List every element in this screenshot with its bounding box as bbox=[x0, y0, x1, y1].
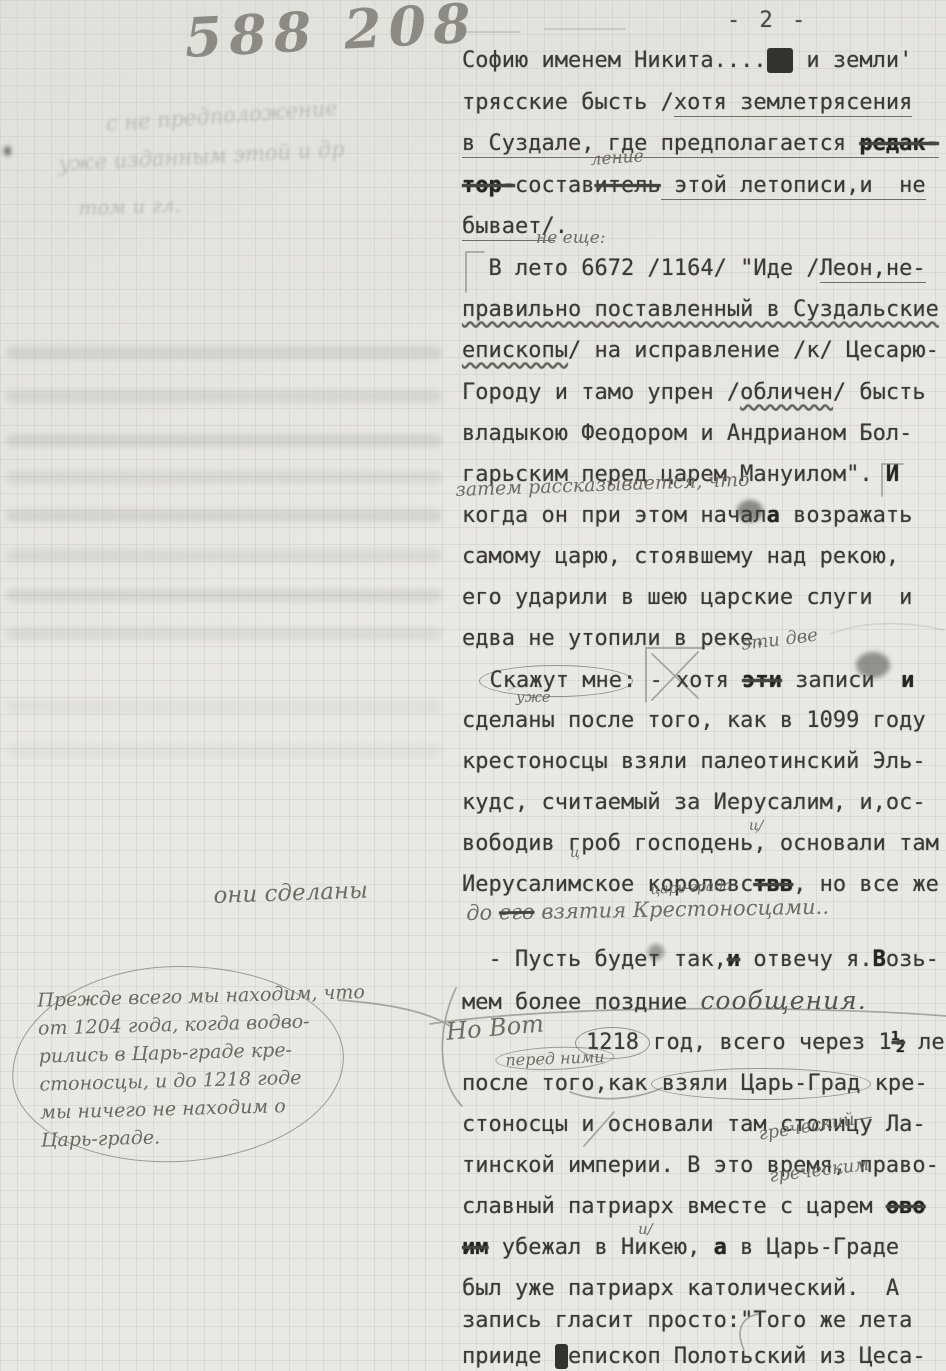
handwritten-note: до его взятия Крестоносцами.. bbox=[466, 895, 829, 925]
circled-margin-note: Прежде всего мы находим, чтоот 1204 года… bbox=[9, 962, 346, 1167]
handwritten-note: перед ними bbox=[495, 1045, 615, 1072]
handwritten-text: взятия bbox=[534, 898, 633, 924]
handwritten-note: не еще: bbox=[536, 228, 606, 248]
handwritten-note: греческий— bbox=[757, 1106, 874, 1145]
handwritten-note: Но Вот bbox=[445, 1009, 545, 1045]
handwritten-note: уже bbox=[516, 688, 551, 706]
handwritten-text: до bbox=[466, 900, 499, 925]
handwritten-text: Крестоносцами.. bbox=[633, 895, 830, 922]
handwritten-note: эти две bbox=[740, 625, 819, 655]
handwritten-note: ц/ bbox=[749, 818, 764, 834]
handwritten-note: с не предположение bbox=[105, 96, 338, 136]
handwritten-note: затем рассказывается, что bbox=[455, 469, 750, 501]
handwritten-note: том и гл. bbox=[78, 192, 181, 220]
handwritten-note: они сделаны bbox=[213, 878, 368, 909]
handwritten-note: царь-града bbox=[650, 878, 732, 898]
scanned-typescript-page: { "page": {"number_label": "- 2 -", "sta… bbox=[0, 0, 946, 1371]
handwritten-annotations-layer: 588 208с не предположениеуже изданным эт… bbox=[0, 0, 946, 1371]
handwritten-note: греческим bbox=[768, 1154, 870, 1187]
handwritten-note: 588 208 bbox=[183, 0, 479, 70]
handwritten-text: его bbox=[499, 900, 535, 925]
handwritten-note: и/ bbox=[638, 1220, 653, 1238]
handwritten-note: ление bbox=[590, 146, 644, 170]
handwritten-note: уже изданным этой и др bbox=[58, 137, 345, 176]
handwritten-note: ц bbox=[570, 845, 580, 861]
